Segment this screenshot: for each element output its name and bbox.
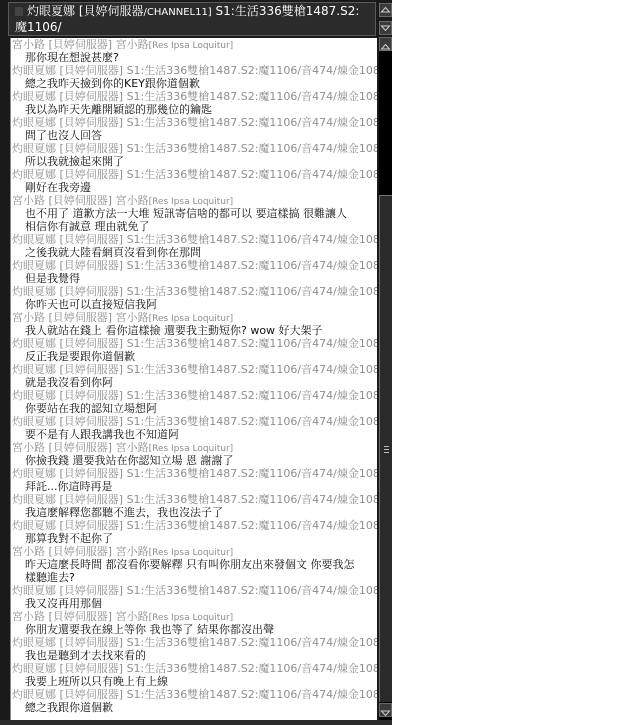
chat-message-line: 之後我就大陸看網頁沒看到你在那問 <box>11 246 377 259</box>
message-text: 昨天這麼長時間 都沒看你要解釋 只有叫你朋友出來發個文 你要我怎 <box>25 558 355 571</box>
message-text: 樣聽進去? <box>25 571 75 584</box>
chat-message-line: 剛好在我旁邊 <box>11 181 377 194</box>
message-text: 我人就站在錢上 看你這樣撿 還要我主動短你? wow 好大架子 <box>25 324 323 337</box>
guild-tag: [Res Ipsa Loquitur] <box>149 613 234 623</box>
chat-scrollbar[interactable] <box>379 37 392 722</box>
guild-tag: [Res Ipsa Loquitur] <box>149 548 234 558</box>
triangle-down-icon <box>380 22 391 34</box>
sender-name: 灼眼夏娜 [貝婷伺服器] S1:生活336雙槍1487.S2:魔1106/音47… <box>12 116 377 129</box>
sender-name: 宮小路 [貝婷伺服器] 宮小路 <box>12 610 149 623</box>
chat-sender-line: 灼眼夏娜 [貝婷伺服器] S1:生活336雙槍1487.S2:魔1106/音47… <box>11 116 377 129</box>
chat-message-line: 你要站在我的認知立場想阿 <box>11 402 377 415</box>
header-stats-2: 音474/煉金1087(線上) <box>15 35 142 36</box>
chat-sender-line: 灼眼夏娜 [貝婷伺服器] S1:生活336雙槍1487.S2:魔1106/音47… <box>11 363 377 376</box>
message-text: 之後我就大陸看網頁沒看到你在那問 <box>25 246 201 259</box>
chat-sender-line: 灼眼夏娜 [貝婷伺服器] S1:生活336雙槍1487.S2:魔1106/音47… <box>11 142 377 155</box>
sender-name: 灼眼夏娜 [貝婷伺服器] S1:生活336雙槍1487.S2:魔1106/音47… <box>12 259 377 272</box>
window-bottom-edge <box>0 720 392 725</box>
guild-tag: [Res Ipsa Loquitur] <box>149 314 234 324</box>
header-square-icon <box>15 7 23 16</box>
sender-name: 宮小路 [貝婷伺服器] 宮小路 <box>12 38 149 51</box>
message-text: 你要站在我的認知立場想阿 <box>25 402 157 415</box>
sender-name: 灼眼夏娜 [貝婷伺服器] S1:生活336雙槍1487.S2:魔1106/音47… <box>12 415 377 428</box>
sender-name: 灼眼夏娜 [貝婷伺服器] S1:生活336雙槍1487.S2:魔1106/音47… <box>12 662 377 675</box>
chat-message-line: 我人就站在錢上 看你這樣撿 還要我主動短你? wow 好大架子 <box>11 324 377 337</box>
chat-message-line: 我又沒再用那個 <box>11 597 377 610</box>
chat-sender-line: 灼眼夏娜 [貝婷伺服器] S1:生活336雙槍1487.S2:魔1106/音47… <box>11 337 377 350</box>
scroll-thumb[interactable] <box>379 195 392 702</box>
chat-sender-line: 灼眼夏娜 [貝婷伺服器] S1:生活336雙槍1487.S2:魔1106/音47… <box>11 285 377 298</box>
message-text: 拜託...你這時再是 <box>25 480 113 493</box>
sender-name: 灼眼夏娜 [貝婷伺服器] S1:生活336雙槍1487.S2:魔1106/音47… <box>12 337 377 350</box>
chat-message-line: 我這麼解釋您都聽不進去，我也沒法子了 <box>11 506 377 519</box>
header-channel: /CHANNEL11] <box>144 7 212 18</box>
chat-message-line: 那你現在想說甚麼? <box>11 51 377 64</box>
sender-name: 灼眼夏娜 [貝婷伺服器] S1:生活336雙槍1487.S2:魔1106/音47… <box>12 363 377 376</box>
chat-message-line: 我也是聽到才去找來看的 <box>11 649 377 662</box>
chat-sender-line: 宮小路 [貝婷伺服器] 宮小路[Res Ipsa Loquitur] <box>11 194 377 207</box>
header-scroll-down-button[interactable] <box>379 21 392 35</box>
sender-name: 宮小路 [貝婷伺服器] 宮小路 <box>12 545 149 558</box>
chat-message-line: 總之我昨天撿到你的KEY跟你道個歉 <box>11 77 377 90</box>
chat-sender-line: 灼眼夏娜 [貝婷伺服器] S1:生活336雙槍1487.S2:魔1106/音47… <box>11 415 377 428</box>
chat-message-line: 昨天這麼長時間 都沒看你要解釋 只有叫你朋友出來發個文 你要我怎 <box>11 558 377 571</box>
message-text: 要不是有人跟我講我也不知道阿 <box>25 428 179 441</box>
chat-sender-line: 灼眼夏娜 [貝婷伺服器] S1:生活336雙槍1487.S2:魔1106/音47… <box>11 662 377 675</box>
chat-message-line: 但是我覺得 <box>11 272 377 285</box>
message-text: 我要上班所以只有晚上有上線 <box>25 675 168 688</box>
message-text: 就是我沒看到你阿 <box>25 376 113 389</box>
chat-message-line: 那算我對不起你了 <box>11 532 377 545</box>
sender-name: 宮小路 [貝婷伺服器] 宮小路 <box>12 194 149 207</box>
scroll-down-button[interactable] <box>379 703 392 717</box>
chat-sender-line: 灼眼夏娜 [貝婷伺服器] S1:生活336雙槍1487.S2:魔1106/音47… <box>11 519 377 532</box>
chat-sender-line: 灼眼夏娜 [貝婷伺服器] S1:生活336雙槍1487.S2:魔1106/音47… <box>11 90 377 103</box>
chat-message-line: 你撿我錢 還要我站在你認知立場 恩 謝謝了 <box>11 454 377 467</box>
chat-log: 宮小路 [貝婷伺服器] 宮小路[Res Ipsa Loquitur]那你現在想說… <box>10 38 377 720</box>
chat-sender-line: 灼眼夏娜 [貝婷伺服器] S1:生活336雙槍1487.S2:魔1106/音47… <box>11 493 377 506</box>
chat-message-line: 樣聽進去? <box>11 571 377 584</box>
chat-sender-line: 宮小路 [貝婷伺服器] 宮小路[Res Ipsa Loquitur] <box>11 311 377 324</box>
sender-name: 灼眼夏娜 [貝婷伺服器] S1:生活336雙槍1487.S2:魔1106/音47… <box>12 493 377 506</box>
message-text: 相信你有誠意 理由就免了 <box>25 220 150 233</box>
chat-message-line: 就是我沒看到你阿 <box>11 376 377 389</box>
chat-sender-line: 灼眼夏娜 [貝婷伺服器] S1:生活336雙槍1487.S2:魔1106/音47… <box>11 64 377 77</box>
message-text: 反正我是要跟你道個歉 <box>25 350 135 363</box>
chat-sender-line: 灼眼夏娜 [貝婷伺服器] S1:生活336雙槍1487.S2:魔1106/音47… <box>11 168 377 181</box>
chat-sender-line: 灼眼夏娜 [貝婷伺服器] S1:生活336雙槍1487.S2:魔1106/音47… <box>11 259 377 272</box>
chat-sender-line: 宮小路 [貝婷伺服器] 宮小路[Res Ipsa Loquitur] <box>11 441 377 454</box>
message-text: 你撿我錢 還要我站在你認知立場 恩 謝謝了 <box>25 454 234 467</box>
chat-sender-line: 灼眼夏娜 [貝婷伺服器] S1:生活336雙槍1487.S2:魔1106/音47… <box>11 389 377 402</box>
guild-tag: [Res Ipsa Loquitur] <box>149 197 234 207</box>
guild-tag: [Res Ipsa Loquitur] <box>149 444 234 454</box>
chat-message-line: 要不是有人跟我講我也不知道阿 <box>11 428 377 441</box>
chat-sender-line: 灼眼夏娜 [貝婷伺服器] S1:生活336雙槍1487.S2:魔1106/音47… <box>11 636 377 649</box>
header-speaker: 灼眼夏娜 <box>27 4 75 18</box>
sender-name: 灼眼夏娜 [貝婷伺服器] S1:生活336雙槍1487.S2:魔1106/音47… <box>12 233 377 246</box>
chat-message-line: 所以我就撿起來開了 <box>11 155 377 168</box>
sender-name: 灼眼夏娜 [貝婷伺服器] S1:生活336雙槍1487.S2:魔1106/音47… <box>12 389 377 402</box>
chat-sender-line: 宮小路 [貝婷伺服器] 宮小路[Res Ipsa Loquitur] <box>11 545 377 558</box>
sender-name: 宮小路 [貝婷伺服器] 宮小路 <box>12 311 149 324</box>
guild-tag: [Res Ipsa Loquitur] <box>149 41 234 51</box>
chat-sender-line: 灼眼夏娜 [貝婷伺服器] S1:生活336雙槍1487.S2:魔1106/音47… <box>11 467 377 480</box>
sender-name: 灼眼夏娜 [貝婷伺服器] S1:生活336雙槍1487.S2:魔1106/音47… <box>12 519 377 532</box>
chat-message-line: 也不用了 道歉方法一大堆 短訊寄信啥的都可以 要這樣搞 很難讓人 <box>11 207 377 220</box>
message-text: 那算我對不起你了 <box>25 532 113 545</box>
sender-name: 灼眼夏娜 [貝婷伺服器] S1:生活336雙槍1487.S2:魔1106/音47… <box>12 168 377 181</box>
message-text: 你昨天也可以直接短信我阿 <box>25 298 157 311</box>
triangle-down-icon <box>380 707 391 719</box>
chat-sender-line: 灼眼夏娜 [貝婷伺服器] S1:生活336雙槍1487.S2:魔1106/音47… <box>11 688 377 701</box>
message-text: 那你現在想說甚麼? <box>25 51 119 64</box>
sender-name: 灼眼夏娜 [貝婷伺服器] S1:生活336雙槍1487.S2:魔1106/音47… <box>12 584 377 597</box>
triangle-up-icon <box>380 41 391 53</box>
chat-message-line: 我以為昨天先離開穎認的那幾位的鑰匙 <box>11 103 377 116</box>
grip-icon <box>384 446 389 455</box>
chat-message-line: 相信你有誠意 理由就免了 <box>11 220 377 233</box>
header-server: [貝婷伺服器 <box>75 4 144 18</box>
chat-header: 灼眼夏娜 [貝婷伺服器/CHANNEL11] S1:生活336雙槍1487.S2… <box>8 2 376 36</box>
message-text: 總之我跟你道個歉 <box>25 701 113 714</box>
chat-sender-line: 宮小路 [貝婷伺服器] 宮小路[Res Ipsa Loquitur] <box>11 610 377 623</box>
chat-message-line: 你朋友還要我在線上等你 我也等了 結果你都沒出聲 <box>11 623 377 636</box>
message-text: 我也是聽到才去找來看的 <box>25 649 146 662</box>
message-text: 所以我就撿起來開了 <box>25 155 124 168</box>
chat-message-line: 總之我跟你道個歉 <box>11 701 377 714</box>
sender-name: 灼眼夏娜 [貝婷伺服器] S1:生活336雙槍1487.S2:魔1106/音47… <box>12 467 377 480</box>
message-text: 我又沒再用那個 <box>25 597 102 610</box>
header-scroll-up-button[interactable] <box>379 3 392 17</box>
message-text: 也不用了 道歉方法一大堆 短訊寄信啥的都可以 要這樣搞 很難讓人 <box>25 207 347 220</box>
message-text: 總之我昨天撿到你的KEY跟你道個歉 <box>25 77 200 90</box>
sender-name: 灼眼夏娜 [貝婷伺服器] S1:生活336雙槍1487.S2:魔1106/音47… <box>12 636 377 649</box>
triangle-up-icon <box>380 4 391 16</box>
sender-name: 灼眼夏娜 [貝婷伺服器] S1:生活336雙槍1487.S2:魔1106/音47… <box>12 285 377 298</box>
chat-message-line: 我要上班所以只有晚上有上線 <box>11 675 377 688</box>
sender-name: 宮小路 [貝婷伺服器] 宮小路 <box>12 441 149 454</box>
chat-message-line: 你昨天也可以直接短信我阿 <box>11 298 377 311</box>
chat-sender-line: 灼眼夏娜 [貝婷伺服器] S1:生活336雙槍1487.S2:魔1106/音47… <box>11 584 377 597</box>
message-text: 問了也沒人回答 <box>25 129 102 142</box>
message-text: 我這麼解釋您都聽不進去，我也沒法子了 <box>25 506 223 519</box>
chat-sender-line: 灼眼夏娜 [貝婷伺服器] S1:生活336雙槍1487.S2:魔1106/音47… <box>11 233 377 246</box>
sender-name: 灼眼夏娜 [貝婷伺服器] S1:生活336雙槍1487.S2:魔1106/音47… <box>12 64 377 77</box>
message-text: 剛好在我旁邊 <box>25 181 91 194</box>
message-text: 我以為昨天先離開穎認的那幾位的鑰匙 <box>25 103 212 116</box>
chat-window: 灼眼夏娜 [貝婷伺服器/CHANNEL11] S1:生活336雙槍1487.S2… <box>0 0 392 725</box>
sender-name: 灼眼夏娜 [貝婷伺服器] S1:生活336雙槍1487.S2:魔1106/音47… <box>12 90 377 103</box>
scroll-up-button[interactable] <box>379 37 392 51</box>
chat-message-line: 問了也沒人回答 <box>11 129 377 142</box>
chat-message-line: 反正我是要跟你道個歉 <box>11 350 377 363</box>
message-text: 你朋友還要我在線上等你 我也等了 結果你都沒出聲 <box>25 623 274 636</box>
chat-message-line: 拜託...你這時再是 <box>11 480 377 493</box>
message-text: 但是我覺得 <box>25 272 80 285</box>
chat-sender-line: 宮小路 [貝婷伺服器] 宮小路[Res Ipsa Loquitur] <box>11 38 377 51</box>
sender-name: 灼眼夏娜 [貝婷伺服器] S1:生活336雙槍1487.S2:魔1106/音47… <box>12 688 377 701</box>
sender-name: 灼眼夏娜 [貝婷伺服器] S1:生活336雙槍1487.S2:魔1106/音47… <box>12 142 377 155</box>
